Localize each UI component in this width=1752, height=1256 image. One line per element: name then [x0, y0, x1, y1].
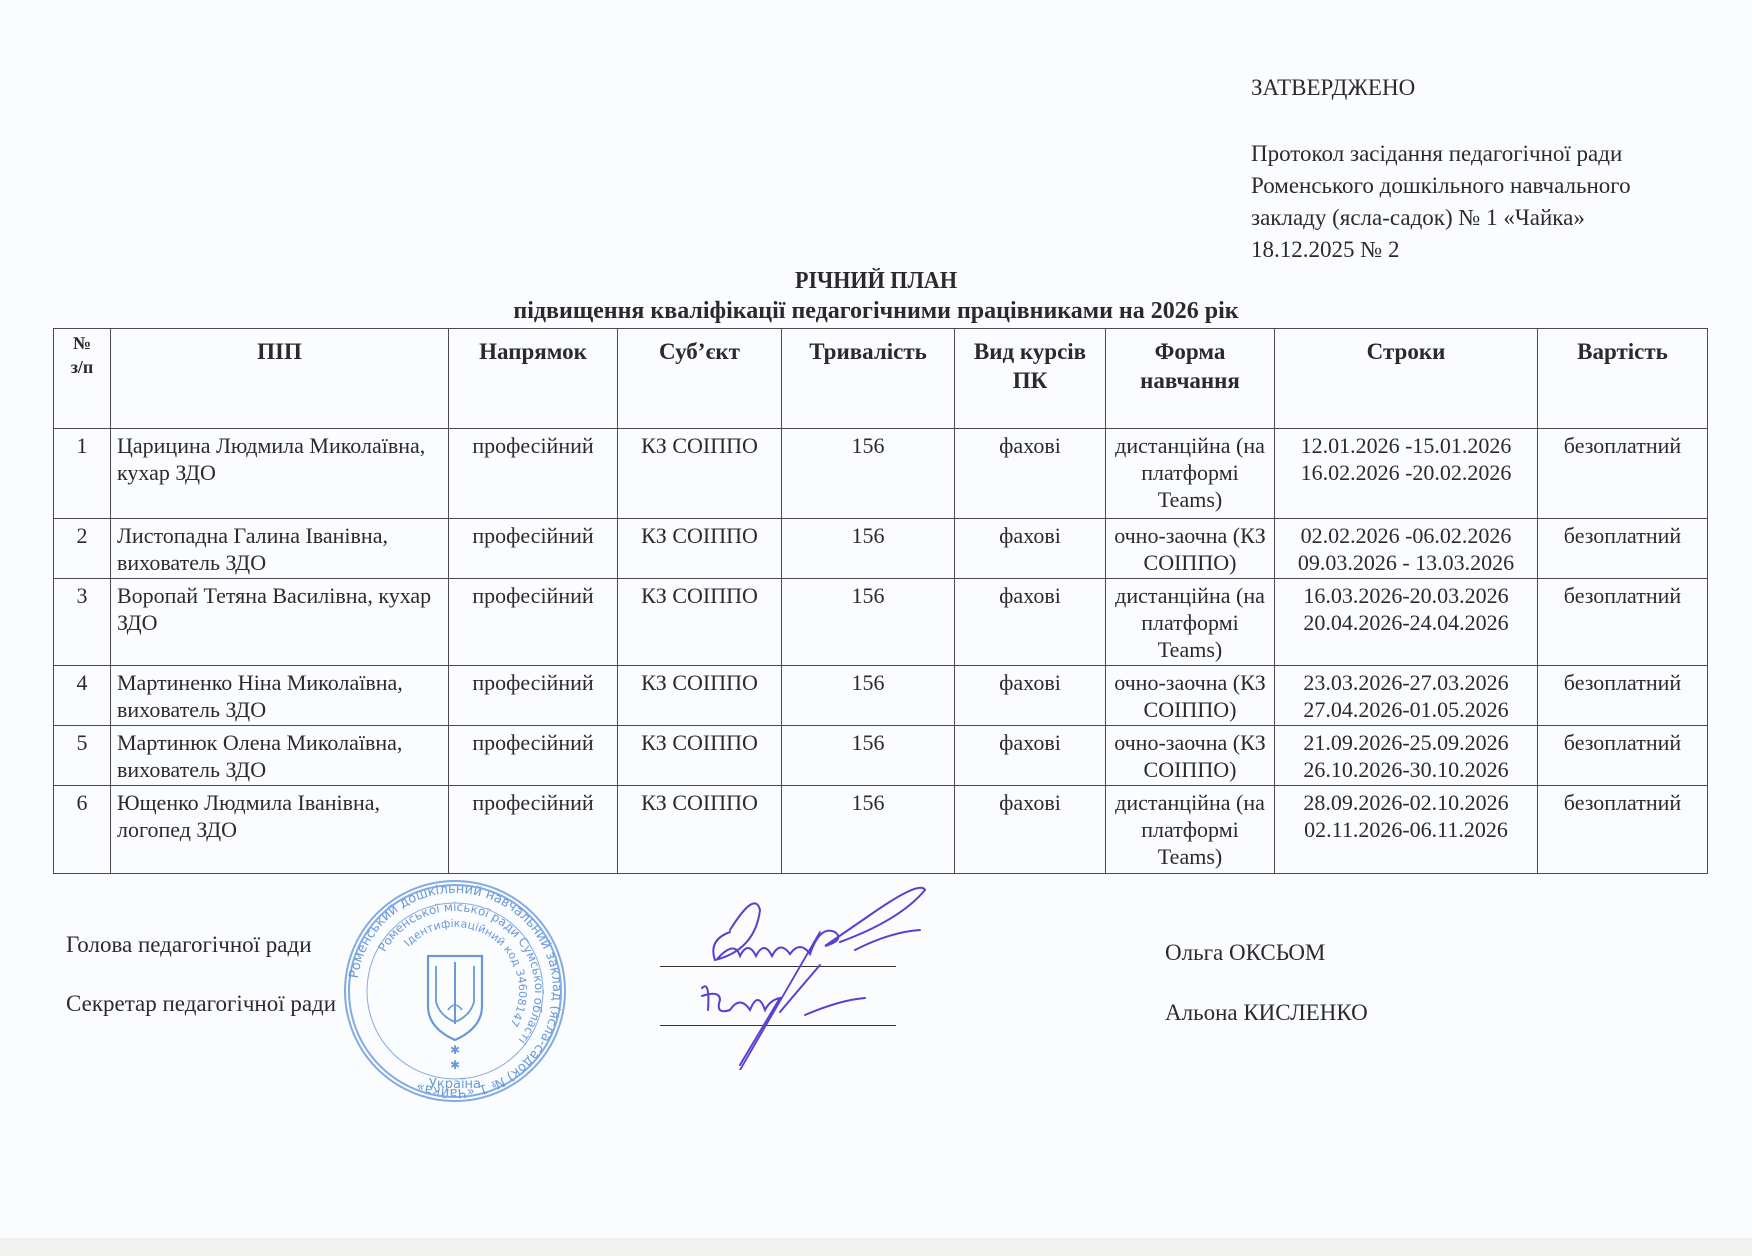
title-main: РІЧНИЙ ПЛАН: [70, 266, 1682, 296]
approval-heading: ЗАТВЕРДЖЕНО: [1251, 72, 1631, 104]
cell-form: дистанційна (на платформі Teams): [1106, 786, 1275, 874]
cell-direction: професійний: [449, 429, 618, 519]
cell-direction: професійний: [449, 579, 618, 666]
cell-name: Листопадна Галина Іванівна, вихователь З…: [111, 519, 449, 579]
training-plan-table: №з/п ПІП Напрямок Суб’єкт Тривалість Вид…: [53, 328, 1708, 874]
term-period: 12.01.2026 -15.01.2026: [1281, 432, 1531, 459]
cell-duration: 156: [782, 519, 955, 579]
cell-num: 1: [54, 429, 111, 519]
term-period: 28.09.2026-02.10.2026: [1281, 789, 1531, 816]
term-period: 16.03.2026-20.03.2026: [1281, 582, 1531, 609]
cell-subject: КЗ СОІППО: [618, 579, 782, 666]
approval-line: 18.12.2025 № 2: [1251, 234, 1631, 266]
stamp-bottom-text: Україна: [429, 1077, 481, 1092]
cell-duration: 156: [782, 726, 955, 786]
approval-line: Роменського дошкільного навчального: [1251, 170, 1631, 202]
cell-name: Мартиненко Ніна Миколаївна, вихователь З…: [111, 666, 449, 726]
cell-form: дистанційна (на платформі Teams): [1106, 429, 1275, 519]
table-row: 3Воропай Тетяна Василівна, кухар ЗДОпроф…: [54, 579, 1708, 666]
approval-block: ЗАТВЕРДЖЕНО Протокол засідання педагогіч…: [1251, 72, 1631, 266]
cell-course-type: фахові: [955, 429, 1106, 519]
cell-course-type: фахові: [955, 519, 1106, 579]
cell-cost: безоплатний: [1538, 519, 1708, 579]
header-terms: Строки: [1275, 329, 1538, 429]
cell-terms: 21.09.2026-25.09.202626.10.2026-30.10.20…: [1275, 726, 1538, 786]
trident-coat-of-arms-icon: [428, 956, 482, 1040]
scan-edge: [0, 1238, 1752, 1256]
term-period: 02.11.2026-06.11.2026: [1281, 816, 1531, 843]
official-stamp: Роменський дошкільний навчальний заклад …: [340, 876, 570, 1106]
chair-signature-icon: [713, 888, 925, 960]
approval-line: Протокол засідання педагогічної ради: [1251, 138, 1631, 170]
term-period: 21.09.2026-25.09.2026: [1281, 729, 1531, 756]
cell-cost: безоплатний: [1538, 429, 1708, 519]
cell-direction: професійний: [449, 726, 618, 786]
cell-num: 2: [54, 519, 111, 579]
document-title: РІЧНИЙ ПЛАН підвищення кваліфікації педа…: [0, 266, 1752, 326]
header-cost: Вартість: [1538, 329, 1708, 429]
cell-subject: КЗ СОІППО: [618, 786, 782, 874]
cell-direction: професійний: [449, 519, 618, 579]
cell-cost: безоплатний: [1538, 786, 1708, 874]
term-period: 23.03.2026-27.03.2026: [1281, 669, 1531, 696]
cell-duration: 156: [782, 666, 955, 726]
cell-name: Ющенко Людмила Іванівна, логопед ЗДО: [111, 786, 449, 874]
cell-direction: професійний: [449, 666, 618, 726]
cell-duration: 156: [782, 579, 955, 666]
secretary-name: Альона КИСЛЕНКО: [1165, 1000, 1368, 1026]
cell-num: 3: [54, 579, 111, 666]
cell-terms: 28.09.2026-02.10.202602.11.2026-06.11.20…: [1275, 786, 1538, 874]
table-header-row: №з/п ПІП Напрямок Суб’єкт Тривалість Вид…: [54, 329, 1708, 429]
cell-cost: безоплатний: [1538, 726, 1708, 786]
term-period: 27.04.2026-01.05.2026: [1281, 696, 1531, 723]
table-row: 2Листопадна Галина Іванівна, вихователь …: [54, 519, 1708, 579]
cell-num: 4: [54, 666, 111, 726]
header-form: Форма навчання: [1106, 329, 1275, 429]
svg-text:✱: ✱: [450, 1043, 460, 1057]
cell-subject: КЗ СОІППО: [618, 429, 782, 519]
cell-cost: безоплатний: [1538, 666, 1708, 726]
cell-terms: 12.01.2026 -15.01.202616.02.2026 -20.02.…: [1275, 429, 1538, 519]
approval-line: закладу (ясла-садок) № 1 «Чайка»: [1251, 202, 1631, 234]
chair-role: Голова педагогічної ради: [66, 932, 312, 958]
cell-subject: КЗ СОІППО: [618, 666, 782, 726]
signatures-ink: [640, 870, 960, 1070]
term-period: 09.03.2026 - 13.03.2026: [1281, 549, 1531, 576]
cell-name: Мартинюк Олена Миколаївна, вихователь ЗД…: [111, 726, 449, 786]
header-num: №з/п: [54, 329, 111, 429]
cell-duration: 156: [782, 786, 955, 874]
cell-terms: 23.03.2026-27.03.202627.04.2026-01.05.20…: [1275, 666, 1538, 726]
cell-terms: 02.02.2026 -06.02.202609.03.2026 - 13.03…: [1275, 519, 1538, 579]
table-row: 5Мартинюк Олена Миколаївна, вихователь З…: [54, 726, 1708, 786]
secretary-role: Секретар педагогічної ради: [66, 991, 336, 1017]
header-duration: Тривалість: [782, 329, 955, 429]
term-period: 16.02.2026 -20.02.2026: [1281, 459, 1531, 486]
chair-name: Ольга ОКСЬОМ: [1165, 940, 1325, 966]
cell-course-type: фахові: [955, 726, 1106, 786]
cell-duration: 156: [782, 429, 955, 519]
header-course-type: Вид курсів ПК: [955, 329, 1106, 429]
cell-course-type: фахові: [955, 786, 1106, 874]
cell-num: 5: [54, 726, 111, 786]
cell-form: дистанційна (на платформі Teams): [1106, 579, 1275, 666]
header-direction: Напрямок: [449, 329, 618, 429]
cell-form: очно-заочна (КЗ СОІППО): [1106, 666, 1275, 726]
cell-name: Воропай Тетяна Василівна, кухар ЗДО: [111, 579, 449, 666]
svg-text:✱: ✱: [450, 1058, 460, 1072]
term-period: 02.02.2026 -06.02.2026: [1281, 522, 1531, 549]
cell-subject: КЗ СОІППО: [618, 519, 782, 579]
cell-course-type: фахові: [955, 579, 1106, 666]
cell-course-type: фахові: [955, 666, 1106, 726]
table-row: 1Царицина Людмила Миколаївна, кухар ЗДОп…: [54, 429, 1708, 519]
header-name: ПІП: [111, 329, 449, 429]
title-sub: підвищення кваліфікації педагогічними пр…: [0, 296, 1752, 326]
secretary-signature-icon: [702, 965, 865, 1065]
cell-subject: КЗ СОІППО: [618, 726, 782, 786]
cell-form: очно-заочна (КЗ СОІППО): [1106, 519, 1275, 579]
term-period: 26.10.2026-30.10.2026: [1281, 756, 1531, 783]
cell-num: 6: [54, 786, 111, 874]
term-period: 20.04.2026-24.04.2026: [1281, 609, 1531, 636]
cell-terms: 16.03.2026-20.03.202620.04.2026-24.04.20…: [1275, 579, 1538, 666]
cell-cost: безоплатний: [1538, 579, 1708, 666]
cell-form: очно-заочна (КЗ СОІППО): [1106, 726, 1275, 786]
header-subject: Суб’єкт: [618, 329, 782, 429]
table-row: 6Ющенко Людмила Іванівна, логопед ЗДОпро…: [54, 786, 1708, 874]
table-row: 4Мартиненко Ніна Миколаївна, вихователь …: [54, 666, 1708, 726]
cell-direction: професійний: [449, 786, 618, 874]
cell-name: Царицина Людмила Миколаївна, кухар ЗДО: [111, 429, 449, 519]
